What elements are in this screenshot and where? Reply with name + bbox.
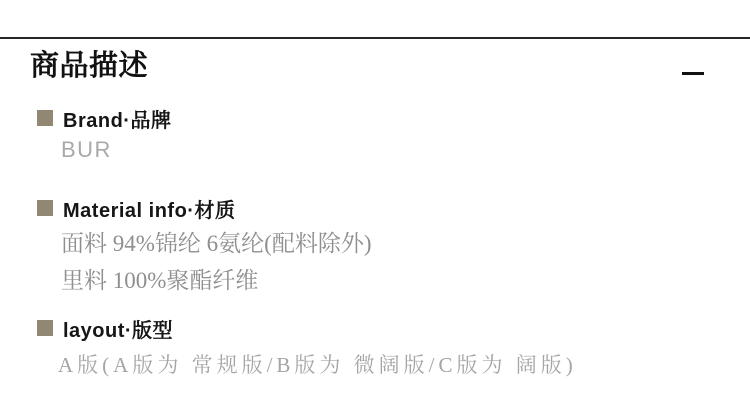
section-heading-brand: Brand·品牌 bbox=[37, 106, 171, 130]
top-divider bbox=[0, 37, 750, 39]
square-bullet-icon bbox=[37, 320, 53, 336]
product-description-panel: 商品描述 Brand·品牌 BUR Material info·材质 面料 94… bbox=[0, 0, 750, 401]
section-heading-material: Material info·材质 bbox=[37, 196, 235, 220]
material-line-lining: 里料 100%聚酯纤维 bbox=[61, 262, 258, 295]
section-heading-label: Brand·品牌 bbox=[63, 104, 171, 133]
layout-version-note: A版(A版为 常规版/B版为 微阔版/C版为 阔版) bbox=[58, 349, 577, 379]
section-heading-label: Material info·材质 bbox=[63, 194, 235, 223]
square-bullet-icon bbox=[37, 200, 53, 216]
collapse-minus-icon[interactable] bbox=[682, 72, 704, 75]
material-line-fabric: 面料 94%锦纶 6氨纶(配料除外) bbox=[61, 225, 371, 258]
square-bullet-icon bbox=[37, 110, 53, 126]
page-title: 商品描述 bbox=[30, 49, 148, 83]
section-heading-label: layout·版型 bbox=[63, 314, 173, 343]
section-heading-layout: layout·版型 bbox=[37, 316, 173, 340]
brand-value: BUR bbox=[61, 137, 112, 163]
